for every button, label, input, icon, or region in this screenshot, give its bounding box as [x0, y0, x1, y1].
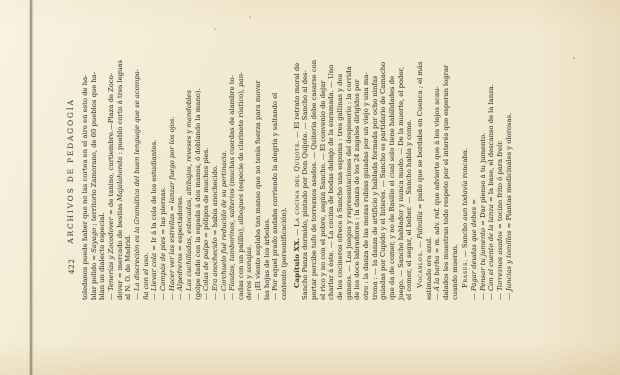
- page-content: 422 ARCHIVOS DE PEDAGOGÍA toledanos pued…: [0, 0, 620, 375]
- text-line: — Corchuelo fué reducido de su pertinaci…: [220, 42, 229, 300]
- text-line: — Alpedreros = espectadores.: [176, 42, 185, 300]
- running-head: 422 ARCHIVOS DE PEDAGOGÍA: [66, 42, 75, 300]
- text-line: charlar á éste. — La cocina de bodas deb…: [327, 42, 336, 300]
- text-line: — Compás de pies = las piernas.: [159, 42, 168, 300]
- text-line: — Tenerías y Zocodover = de tanino, curt…: [107, 42, 116, 300]
- text-line: — ¡El viento soplaba tan manso que no te…: [254, 42, 263, 300]
- text-line: — Hacer ver las estrellas = lanzar fuego…: [168, 42, 177, 300]
- text-line: — Llevar cola = Ir á la cola de los estu…: [150, 42, 159, 300]
- text-line: — La discreción es la Gramática del buen…: [133, 42, 142, 300]
- text-line: Vocablos. — Palmilla = paño que se borda…: [416, 42, 425, 300]
- text-line: — Á la barba = m. adv. ref. que advierte…: [433, 42, 442, 300]
- text-line: de los doce labradores : la danza de los…: [353, 42, 362, 300]
- text-line: al N. O. de Madrid.: [124, 42, 133, 300]
- text-line: otro : la danza de las mozas rubias guia…: [362, 42, 371, 300]
- text-line: (golpe dado con la espada á dos manos, ó…: [194, 42, 203, 300]
- text-line: Frases. — Sancho aun todavía roncaba.: [461, 42, 470, 300]
- text-line: toledanos puede haber que no las cortea …: [81, 42, 90, 300]
- text-line: guiadas por Cupido y el Interés. — Sanch…: [379, 42, 388, 300]
- text-line: dover = mercado de bestias Majalahonda :…: [116, 42, 125, 300]
- text-line: blar polido = Sayago ; territorio Zamora…: [90, 42, 99, 300]
- text-line: — Las cuchilladas, estocadas, altibajos,…: [185, 42, 194, 300]
- body-text: toledanos puede haber que no las cortea …: [81, 42, 513, 300]
- text-line: — Pagar deudas que debes =: [470, 42, 479, 300]
- text-line: que da de comer, y no de Basilio el cual…: [388, 42, 397, 300]
- text-line: dalados les muestran todo respeto por el…: [442, 42, 451, 300]
- text-line: blan un dialecto especial.: [98, 42, 107, 300]
- page-number: 422: [67, 258, 76, 274]
- text-line: cuando mueran.: [451, 42, 460, 300]
- text-line: — Flautas, tamborinos, salterios (muchas…: [228, 42, 237, 300]
- text-line: de los cocineros ofrece á Sancho una esp…: [336, 42, 345, 300]
- text-line: contento (personificación).: [280, 42, 289, 300]
- text-line: — Colas de pulpo = pólipos de muchos pie…: [202, 42, 211, 300]
- text-line: — Torreznos asados = tocino frito ó para…: [496, 42, 505, 300]
- text-line: ña con el uso.: [142, 42, 151, 300]
- text-line: el comer, el segar, el beber. — Sancho h…: [405, 42, 414, 300]
- text-line: estimado era azul.: [425, 42, 434, 300]
- text-line: pertar percibe tufo de torreznos asados.…: [310, 42, 319, 300]
- text-line: trona : — la danza de artificio y hablad…: [371, 42, 380, 300]
- text-line: — Pensar tu jumento = Dar pienso á tu ju…: [479, 42, 488, 300]
- scanned-book-page: 422 ARCHIVOS DE PEDAGOGÍA toledanos pued…: [0, 0, 620, 375]
- text-line: deros y sonajas.: [245, 42, 254, 300]
- journal-title: ARCHIVOS DE PEDAGOGÍA: [66, 98, 75, 243]
- text-line: — Era anochecido = había anochecido.: [211, 42, 220, 300]
- text-line: juego. — Sancho hablador y nunca mudo. —…: [397, 42, 406, 300]
- text-line: — Por aquel prado andaba corriendo la al…: [271, 42, 280, 300]
- text-line: Sancho Panza dormido, pintado por Don Qu…: [301, 42, 310, 300]
- text-line: — Juncias y tomillos = Plantas medicinal…: [505, 42, 514, 300]
- text-line: — Con el cuento de la lanza = la base, e…: [487, 42, 496, 300]
